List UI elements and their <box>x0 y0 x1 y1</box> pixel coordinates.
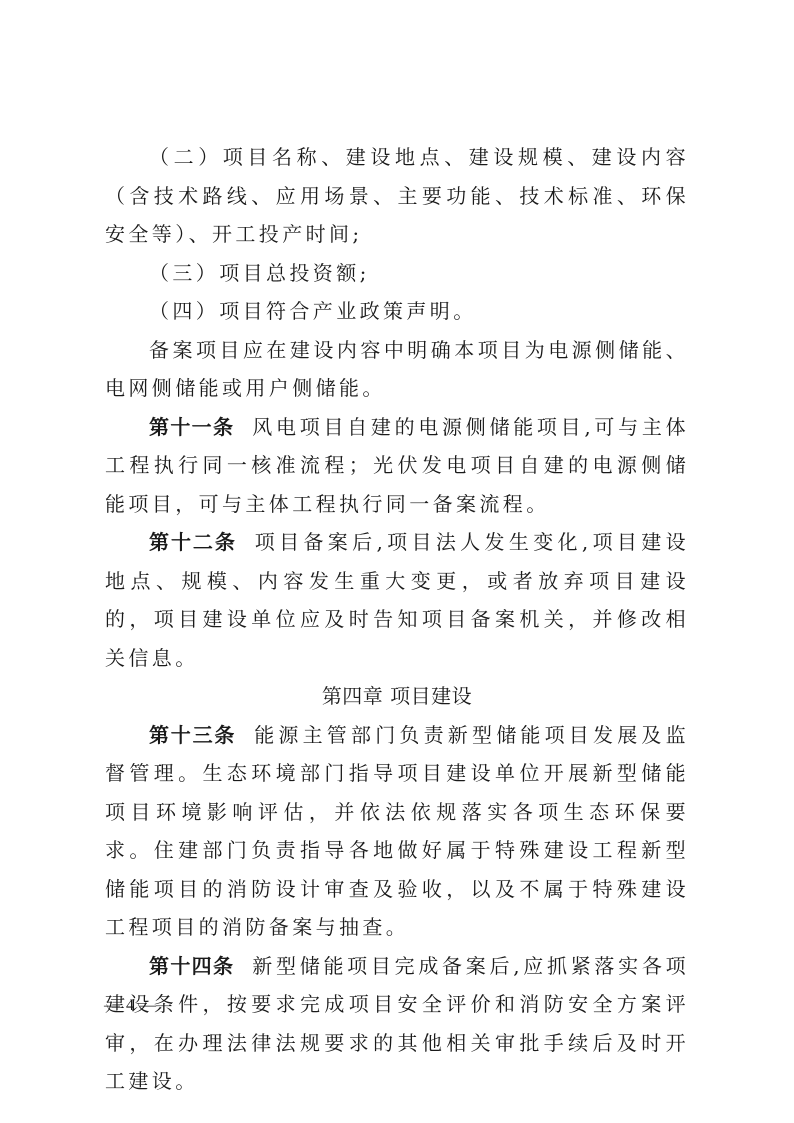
document-page: （二）项目名称、建设地点、建设规模、建设内容（含技术路线、应用场景、主要功能、技… <box>105 138 689 1101</box>
filing-note-paragraph: 备案项目应在建设内容中明确本项目为电源侧储能、电网侧储能或用户侧储能。 <box>105 331 689 408</box>
list-item-2: （二）项目名称、建设地点、建设规模、建设内容（含技术路线、应用场景、主要功能、技… <box>105 138 689 254</box>
article-11-label: 第十一条 <box>149 415 234 439</box>
article-12-label: 第十二条 <box>149 530 237 554</box>
list-item-4: （四）项目符合产业政策声明。 <box>105 292 689 331</box>
article-13-text: 能源主管部门负责新型储能项目发展及监督管理。生态环境部门指导项目建设单位开展新型… <box>105 723 689 940</box>
article-13: 第十三条能源主管部门负责新型储能项目发展及监督管理。生态环境部门指导项目建设单位… <box>105 716 689 947</box>
article-14-label: 第十四条 <box>149 954 234 978</box>
article-14: 第十四条新型储能项目完成备案后,应抓紧落实各项建设条件，按要求完成项目安全评价和… <box>105 947 689 1101</box>
article-11: 第十一条风电项目自建的电源侧储能项目,可与主体工程执行同一核准流程；光伏发电项目… <box>105 408 689 524</box>
article-12: 第十二条项目备案后,项目法人发生变化,项目建设地点、规模、内容发生重大变更，或者… <box>105 523 689 677</box>
chapter-title: 第四章 项目建设 <box>105 677 689 716</box>
list-item-3: （三）项目总投资额; <box>105 254 689 293</box>
article-13-label: 第十三条 <box>149 723 236 747</box>
page-number: — 4 — <box>104 997 157 1015</box>
